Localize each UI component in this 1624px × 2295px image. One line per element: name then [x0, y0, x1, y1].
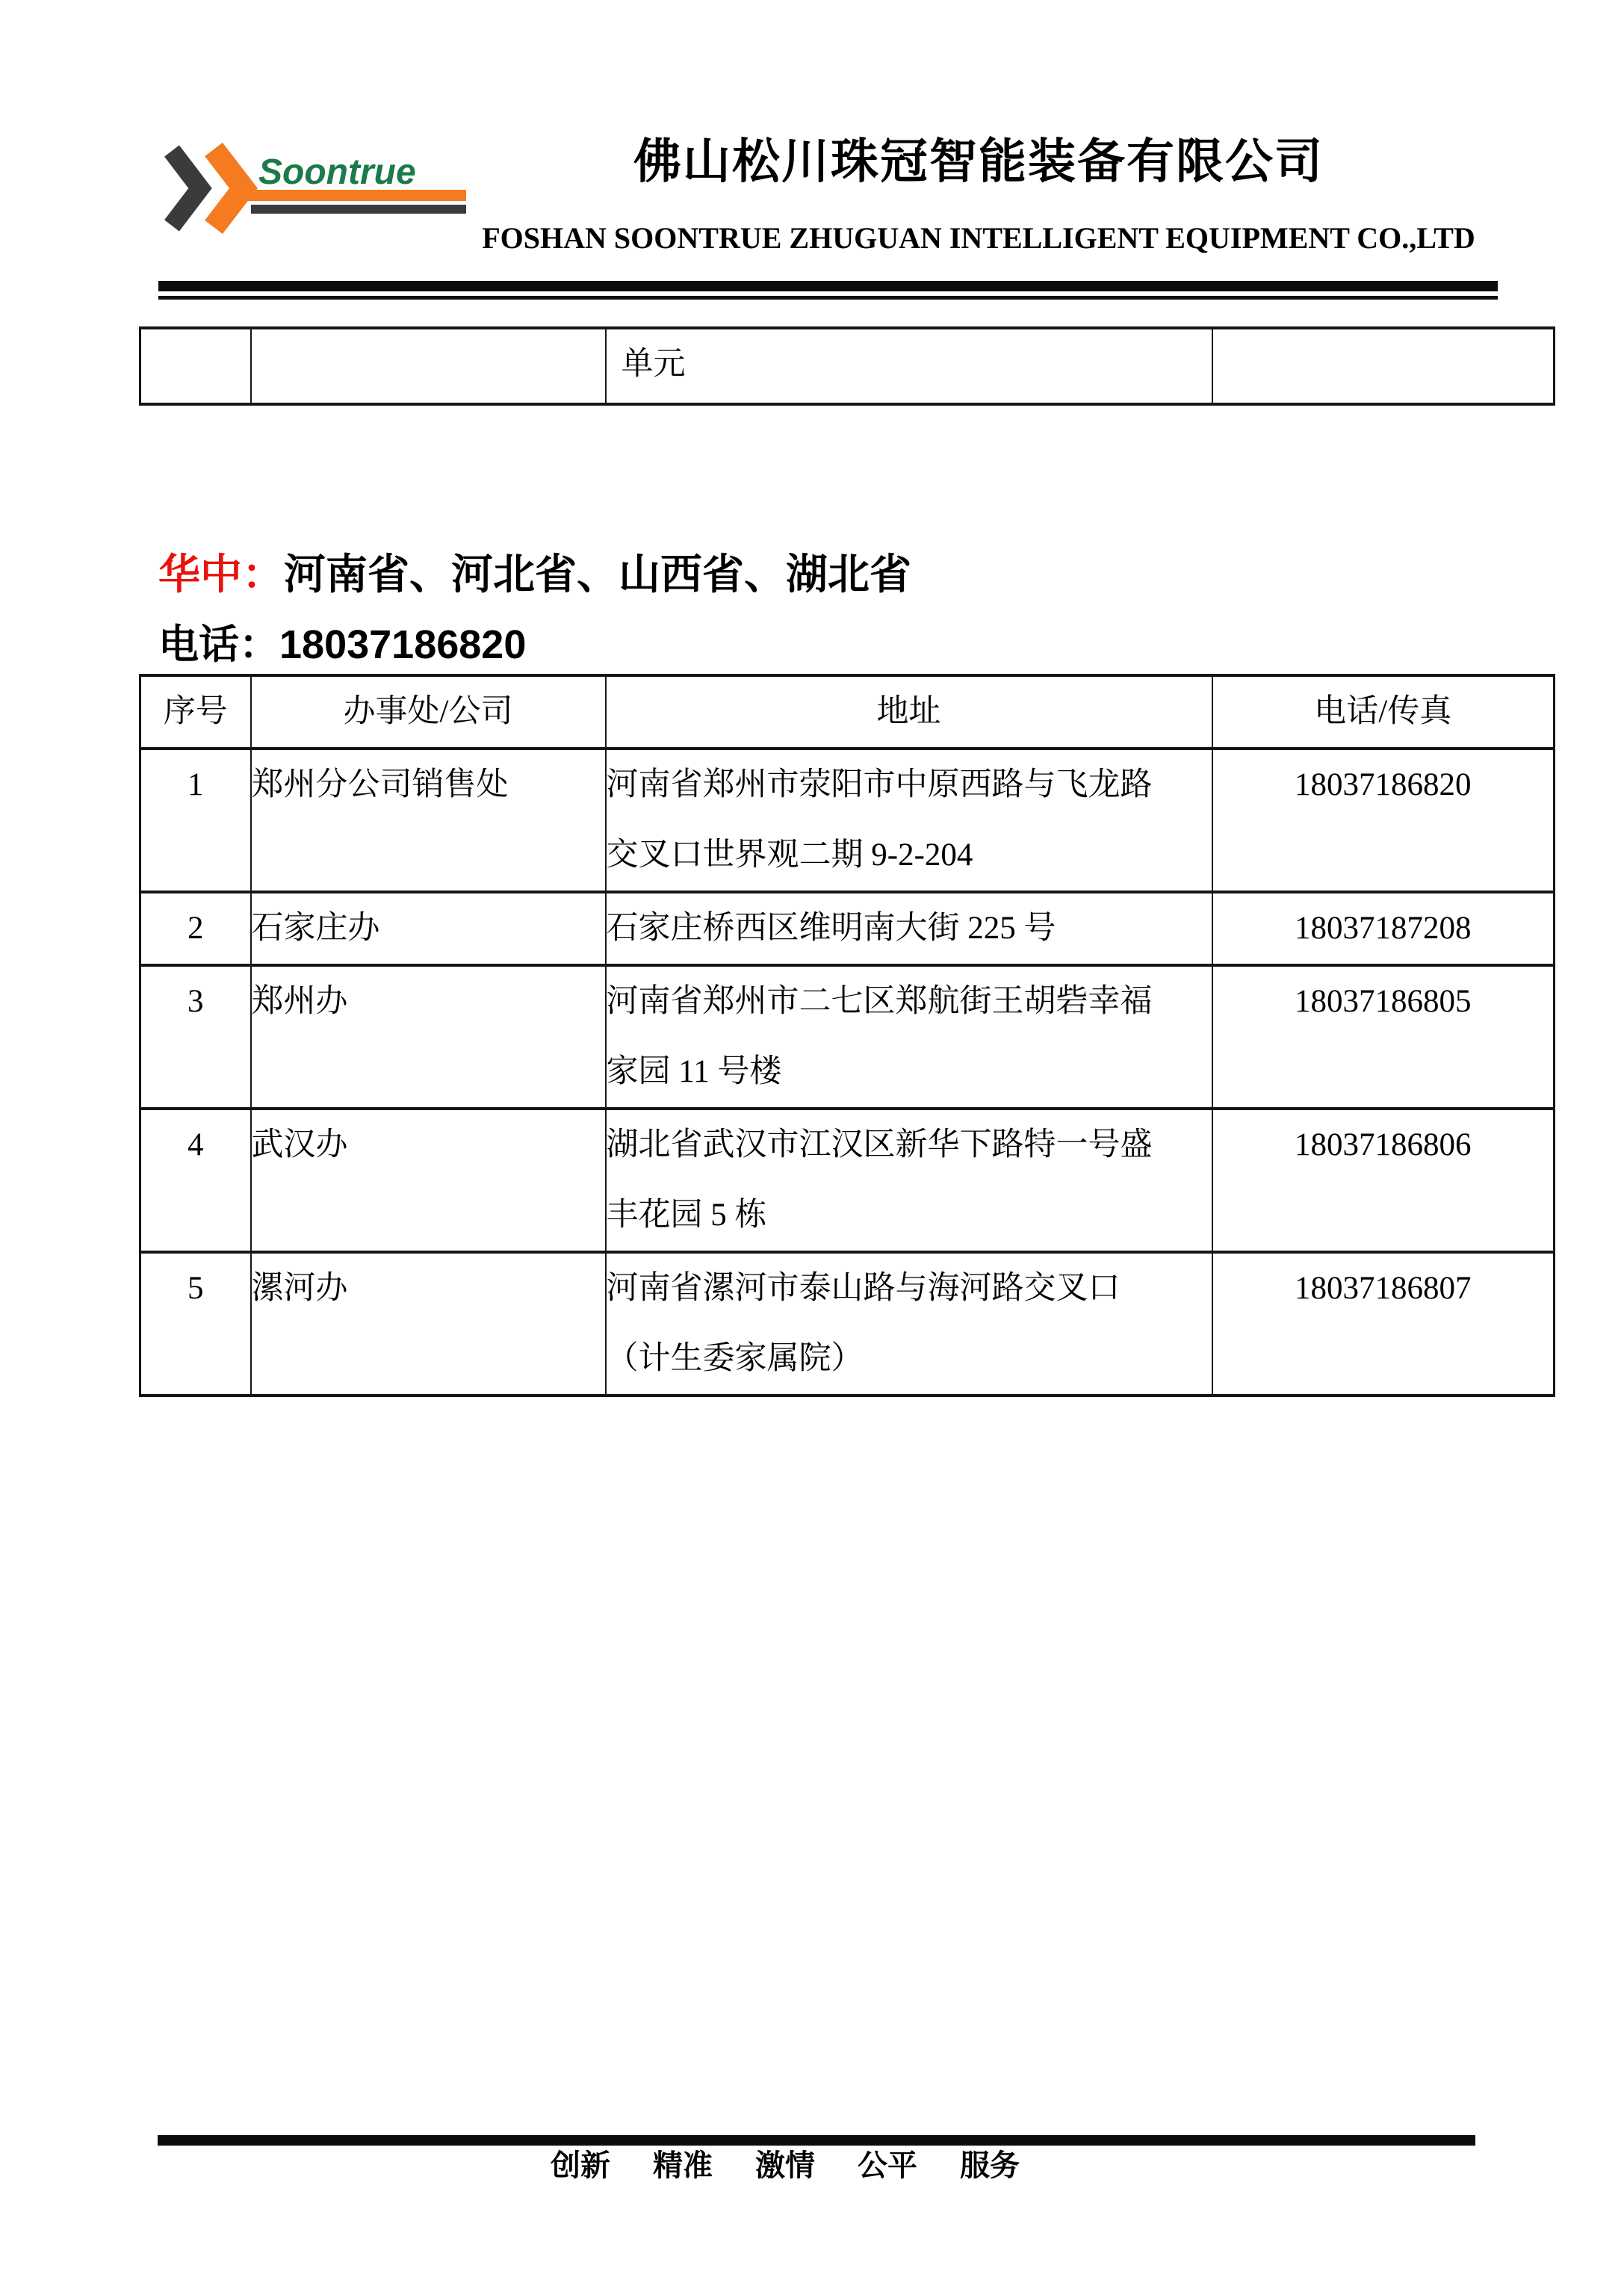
header-titles: 佛山松川珠冠智能装备有限公司 FOSHAN SOONTRUE ZHUGUAN I…: [426, 133, 1531, 255]
phone-number: 18037186820: [279, 622, 526, 667]
office-table: 序号 办事处/公司 地址 电话/传真 1 郑州分公司销售处 河南省郑州市荥阳市中…: [139, 674, 1555, 1397]
address-line: 河南省郑州市二七区郑航街王胡砦幸福: [607, 967, 1212, 1037]
slogan-word: 激情: [755, 2149, 815, 2183]
cell-no: 1: [140, 749, 251, 892]
table-header-row: 序号 办事处/公司 地址 电话/传真: [140, 675, 1555, 749]
address-line: 河南省郑州市荥阳市中原西路与飞龙路: [607, 750, 1212, 820]
slogan-word: 公平: [858, 2149, 917, 2183]
cell-office: 郑州分公司销售处: [251, 749, 606, 892]
cell-no: 4: [140, 1109, 251, 1252]
document-page: Soontrue 佛山松川珠冠智能装备有限公司 FOSHAN SOONTRUE …: [0, 0, 1624, 2295]
logo-graphic: Soontrue: [163, 140, 469, 244]
company-name-en: FOSHAN SOONTRUE ZHUGUAN INTELLIGENT EQUI…: [426, 221, 1531, 255]
continuation-table: 单元: [139, 326, 1555, 406]
address-line: 河南省漯河市泰山路与海河路交叉口: [607, 1254, 1212, 1324]
region-heading: 华中：河南省、河北省、山西省、湖北省: [158, 550, 911, 599]
continuation-cell-phone: [1212, 328, 1555, 404]
footer-rule: [158, 2135, 1475, 2146]
cell-phone: 18037187208: [1212, 892, 1555, 965]
header-rule-thick-line: [158, 281, 1498, 291]
region-label: 华中：: [158, 551, 284, 598]
logo-chevron-dark-icon: [172, 151, 200, 226]
cell-phone: 18037186805: [1212, 965, 1555, 1109]
cell-office: 漯河办: [251, 1252, 606, 1396]
cell-no: 5: [140, 1252, 251, 1396]
cell-address: 湖北省武汉市江汉区新华下路特一号盛 丰花园 5 栋: [606, 1109, 1212, 1252]
table-row: 4 武汉办 湖北省武汉市江汉区新华下路特一号盛 丰花园 5 栋 18037186…: [140, 1109, 1555, 1252]
region-provinces: 河南省、河北省、山西省、湖北省: [284, 551, 911, 598]
slogan-word: 服务: [960, 2149, 1020, 2183]
header-rule: [158, 281, 1498, 300]
address-line: （计生委家属院）: [607, 1324, 1212, 1394]
cell-address: 河南省郑州市二七区郑航街王胡砦幸福 家园 11 号楼: [606, 965, 1212, 1109]
continuation-cell-no: [140, 328, 251, 404]
continuation-cell-office: [251, 328, 606, 404]
soontrue-logo: Soontrue: [163, 140, 469, 244]
cell-office: 郑州办: [251, 965, 606, 1109]
table-row: 1 郑州分公司销售处 河南省郑州市荥阳市中原西路与飞龙路 交叉口世界观二期 9-…: [140, 749, 1555, 892]
column-header-address: 地址: [606, 675, 1212, 749]
cell-address: 石家庄桥西区维明南大街 225 号: [606, 892, 1212, 965]
cell-office: 石家庄办: [251, 892, 606, 965]
address-line: 家园 11 号楼: [607, 1037, 1212, 1107]
column-header-office: 办事处/公司: [251, 675, 606, 749]
cell-no: 2: [140, 892, 251, 965]
logo-chevron-orange-icon: [214, 149, 244, 227]
cell-phone: 18037186820: [1212, 749, 1555, 892]
continuation-cell-address: 单元: [606, 328, 1212, 404]
address-line: 湖北省武汉市江汉区新华下路特一号盛: [607, 1110, 1212, 1180]
cell-no: 3: [140, 965, 251, 1109]
address-line: 丰花园 5 栋: [607, 1180, 1212, 1251]
region-phone-line: 电话：18037186820: [158, 622, 526, 668]
phone-label: 电话：: [158, 622, 279, 667]
cell-phone: 18037186806: [1212, 1109, 1555, 1252]
slogan-word: 创新: [551, 2149, 610, 2183]
table-row: 单元: [140, 328, 1555, 404]
address-line: 交叉口世界观二期 9-2-204: [607, 820, 1212, 891]
company-name-zh: 佛山松川珠冠智能装备有限公司: [426, 133, 1531, 191]
table-row: 3 郑州办 河南省郑州市二七区郑航街王胡砦幸福 家园 11 号楼 1803718…: [140, 965, 1555, 1109]
address-line: 石家庄桥西区维明南大街 225 号: [607, 893, 1212, 964]
footer-slogan: 创新 精准 激情 公平 服务: [0, 2149, 1570, 2183]
table-row: 5 漯河办 河南省漯河市泰山路与海河路交叉口 （计生委家属院） 18037186…: [140, 1252, 1555, 1396]
logo-brand-text: Soontrue: [258, 152, 416, 192]
cell-address: 河南省漯河市泰山路与海河路交叉口 （计生委家属院）: [606, 1252, 1212, 1396]
cell-office: 武汉办: [251, 1109, 606, 1252]
header-rule-thin-line: [158, 296, 1498, 300]
slogan-word: 精准: [653, 2149, 713, 2183]
column-header-phone: 电话/传真: [1212, 675, 1555, 749]
cell-address: 河南省郑州市荥阳市中原西路与飞龙路 交叉口世界观二期 9-2-204: [606, 749, 1212, 892]
column-header-no: 序号: [140, 675, 251, 749]
cell-phone: 18037186807: [1212, 1252, 1555, 1396]
table-row: 2 石家庄办 石家庄桥西区维明南大街 225 号 18037187208: [140, 892, 1555, 965]
